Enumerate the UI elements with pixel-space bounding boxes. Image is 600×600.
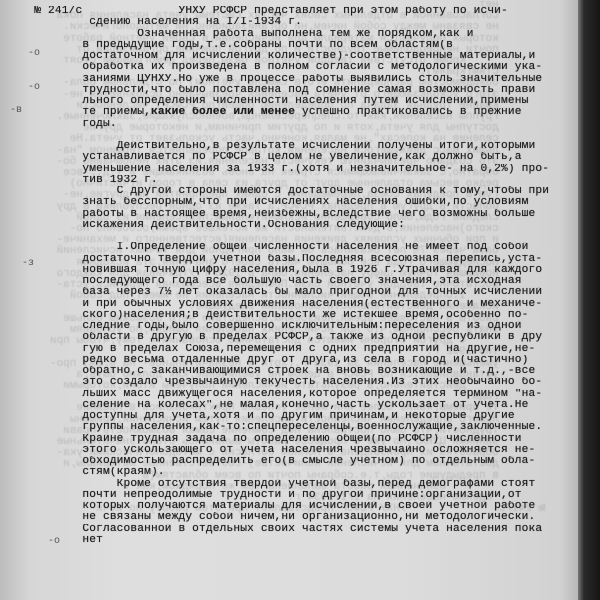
text-line: почти непреодолимые трудности и по друго… — [0, 490, 578, 501]
text-line: обратно,с заканчивающимися строек на вно… — [0, 366, 578, 377]
text-line: Кроме отсутствия твердой учетной базы,пе… — [0, 479, 578, 490]
scan-edge-shadow — [578, 0, 600, 600]
text-line: этого ускользающего от учета населения ч… — [0, 445, 578, 456]
text-line: стям(краям). — [0, 467, 578, 478]
text-line: уменьшение населения за 1933 г.(хотя и н… — [0, 164, 578, 175]
text-line: Крайне трудная задача по определению общ… — [0, 434, 578, 445]
text-line: база через 7½ лет оказалась бы мало приг… — [0, 287, 578, 298]
scanned-document-page: нет Согласованной в отдельных своих част… — [0, 0, 600, 600]
text-line: которых получаются материалы для исчисле… — [0, 501, 578, 512]
text-line: трудности,что было поставлена под сомнен… — [0, 85, 578, 96]
text-line: не связаны между собой ничем,ни организа… — [0, 512, 578, 523]
margin-mark: -з — [22, 258, 34, 269]
margin-mark: -о — [48, 536, 60, 547]
text-line: знать бесспорным,что при исчислениях нас… — [0, 197, 578, 208]
text-line: достаточном для исчислений количестве)-с… — [0, 51, 578, 62]
text-line: новившая точную цифру населения,была в 1… — [0, 265, 578, 276]
text-line: льного определения численности населения… — [0, 96, 578, 107]
text-line: в предыдущие годы,т.е.собраны почти по в… — [0, 40, 578, 51]
text-line: С другой стороны имеются достаточные осн… — [0, 186, 578, 197]
text-line: Действительно,в результате исчислений по… — [0, 141, 578, 152]
text-line: льших масс движущегося населения,которое… — [0, 389, 578, 400]
text-line: искажения действительности.Основания сле… — [0, 220, 578, 231]
text-line: редко весьма отдаленные друг от друга,из… — [0, 355, 578, 366]
text-line: нет — [0, 535, 578, 546]
margin-mark: -в — [10, 105, 22, 116]
text-line: Означенная работа выполнена тем же поряд… — [0, 29, 578, 40]
text-line — [0, 231, 578, 242]
text-line — [0, 130, 578, 141]
text-line: Согласованной в отдельных своих частях с… — [0, 524, 578, 535]
text-line: тив 1932 г. — [0, 175, 578, 186]
text-line: группы населения,как-то:спецпереселенцы,… — [0, 422, 578, 433]
text-line: и при обычных условиях движения населени… — [0, 299, 578, 310]
text-line: области в другую в пределах РСФСР,а такж… — [0, 332, 578, 343]
text-line: это создало чрезвычайную текучесть насел… — [0, 377, 578, 388]
text-line: заниями ЦУНХУ.Но уже в процессе работы в… — [0, 74, 578, 85]
text-line: обработка их произведена в полном соглас… — [0, 62, 578, 73]
text-line: сдению населения на I/I-1934 г. — [0, 17, 578, 28]
text-line: следние годы,было совершенно исключитель… — [0, 321, 578, 332]
text-line: последующего года все большую часть свое… — [0, 276, 578, 287]
text-line: I.Определение общей численности населени… — [0, 242, 578, 253]
text-line: гую в пределах Союза,перемещения с одних… — [0, 344, 578, 355]
overtyped-phrase: какие более или менее — [151, 107, 295, 118]
text-line: доступны для учета,хотя и по другим прич… — [0, 411, 578, 422]
typewritten-text-body: № 241/с УНХУ РСФСР представляет при этом… — [0, 0, 578, 600]
text-line: селение на колесах",не малая,конечно,час… — [0, 400, 578, 411]
text-line: обходимостью распределить его(в смысле у… — [0, 456, 578, 467]
text-line: № 241/с УНХУ РСФСР представляет при этом… — [0, 6, 578, 17]
text-line: работы в настоящее время,неизбежны,вслед… — [0, 209, 578, 220]
margin-mark: -о — [28, 82, 40, 93]
text-line: те приемы,какие более или менее успешно … — [0, 107, 578, 118]
text-line: годы. — [0, 119, 578, 130]
text-line: устанавливается по РСФСР в целом не увел… — [0, 152, 578, 163]
text-line: ского)населения;в действительности же ис… — [0, 310, 578, 321]
text-line: достаточно твердой учетной базы.Последня… — [0, 254, 578, 265]
margin-mark: -о — [28, 48, 40, 59]
